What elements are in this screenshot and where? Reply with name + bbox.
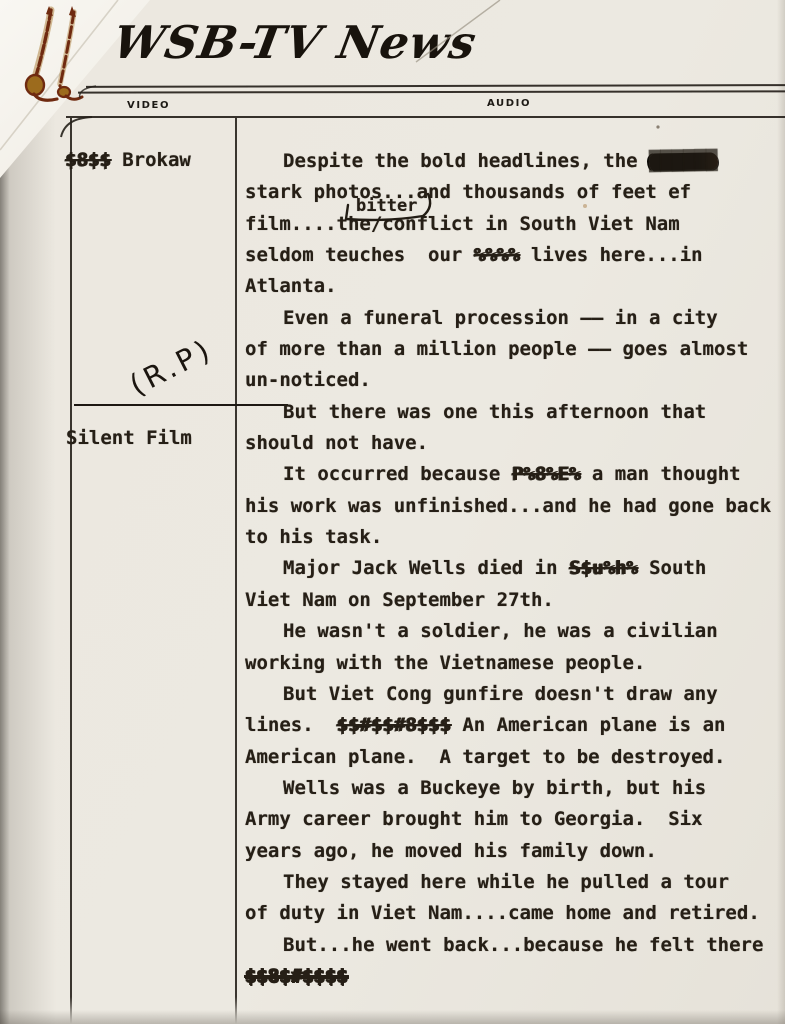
script-line: of more than a million people —— goes al… [245,334,785,365]
script-text: working with the Vietnamese people. [245,652,645,674]
page-left-border [70,118,72,1024]
script-text: Army career brought him to Georgia. Six [245,808,703,830]
paper-edge-shadow-bottom [0,1010,785,1024]
script-line: But Viet Cong gunfire doesn't draw any [245,679,785,710]
script-line: stark photos...and thousands of feet ef [245,177,785,208]
typed-insertion-bitter: bitter [356,198,417,215]
script-text: film....the/conflict in South Viet Nam [245,213,680,235]
script-text: stark photos...and thousands of feet ef [245,181,691,203]
script-line: Despite the bold headlines, the ██████ [245,146,785,177]
script-text: seldom teuches our [245,244,474,266]
script-text: But there was one this afternoon that [283,401,706,423]
handwritten-rp-note: (R.P) [124,332,218,402]
script-text: of more than a million people —— goes al… [245,338,748,360]
strike-text: S$u%h% [569,557,638,579]
script-line: Wells was a Buckeye by birth, but his [245,773,785,804]
script-text: of duty in Viet Nam....came home and ret… [245,902,760,924]
script-text: Atlanta. [245,275,337,297]
video-cue-brokaw: $8$$ Brokaw [65,149,191,171]
script-text: They stayed here while he pulled a tour [283,871,729,893]
script-text: Wells was a Buckeye by birth, but his [283,777,706,799]
script-line: But...he went back...because he felt the… [245,930,785,961]
strike-text: $$#$$#8$$$ [337,714,451,736]
video-column-header: VIDEO [127,100,170,111]
script-text: to his task. [245,526,382,548]
heavy-text: $$8$#$$$$ [245,965,348,987]
audio-script: Despite the bold headlines, the ██████st… [245,146,785,992]
columns-top-rule [66,116,785,118]
script-line: Army career brought him to Georgia. Six [245,804,785,835]
script-text: He wasn't a soldier, he was a civilian [283,620,718,642]
script-text: It occurred because [283,463,512,485]
script-text: lives here...in [520,244,703,266]
script-text: An American plane is an [451,714,726,736]
script-line: film....the/conflict in South Viet Nam [245,209,785,240]
strike-text: %%%% [474,244,520,266]
script-line: It occurred because P%8%E% a man thought [245,459,785,490]
script-text: But Viet Cong gunfire doesn't draw any [283,683,718,705]
script-line: lines. $$#$$#8$$$ An American plane is a… [245,710,785,741]
script-line: Atlanta. [245,271,785,302]
strike-text: P%8%E% [512,463,581,485]
script-line: to his task. [245,522,785,553]
script-text: Even a funeral procession —— in a city [283,307,718,329]
script-text: his work was unfinished...and he had gon… [245,495,771,517]
script-line: seldom teuches our %%%% lives here...in [245,240,785,271]
script-text: should not have. [245,432,428,454]
script-line: They stayed here while he pulled a tour [245,867,785,898]
script-line: Viet Nam on September 27th. [245,585,785,616]
audio-column-header: AUDIO [487,98,531,109]
column-divider-line [235,118,237,1024]
script-line: Even a funeral procession —— in a city [245,303,785,334]
header-rule-bottom [78,90,785,93]
letterhead-logo: WSB-TV News [109,16,480,69]
script-line: working with the Vietnamese people. [245,648,785,679]
script-text: American plane. A target to be destroyed… [245,746,725,768]
scanned-script-page: WSB-TV News VIDEO AUDIO $8$$ Brokaw (R.P… [0,0,785,1024]
script-text: lines. [245,714,337,736]
overstrike-text: $8$$ [65,149,111,171]
header-rule-top [86,84,785,88]
cue-label: Brokaw [111,149,191,171]
script-line: his work was unfinished...and he had gon… [245,491,785,522]
script-line: of duty in Viet Nam....came home and ret… [245,898,785,929]
script-text: South [638,557,707,579]
script-line: $$8$#$$$$ [245,961,785,992]
script-text: But...he went back...because he felt the… [283,934,763,956]
video-cue-silent-film: Silent Film [66,427,192,449]
script-text: Viet Nam on September 27th. [245,589,554,611]
script-line: Major Jack Wells died in S$u%h% South [245,553,785,584]
script-line: He wasn't a soldier, he was a civilian [245,616,785,647]
script-text: Despite the bold headlines, the [283,150,649,172]
script-text: Major Jack Wells died in [283,557,569,579]
script-line: American plane. A target to be destroyed… [245,742,785,773]
script-text: un-noticed. [245,369,371,391]
script-line: un-noticed. [245,365,785,396]
script-text: years ago, he moved his family down. [245,840,657,862]
script-line: But there was one this afternoon that [245,397,785,428]
redact-text: ██████ [649,152,718,170]
script-text: a man thought [580,463,740,485]
paper-speck [656,125,659,128]
script-line: years ago, he moved his family down. [245,836,785,867]
script-line: should not have. [245,428,785,459]
